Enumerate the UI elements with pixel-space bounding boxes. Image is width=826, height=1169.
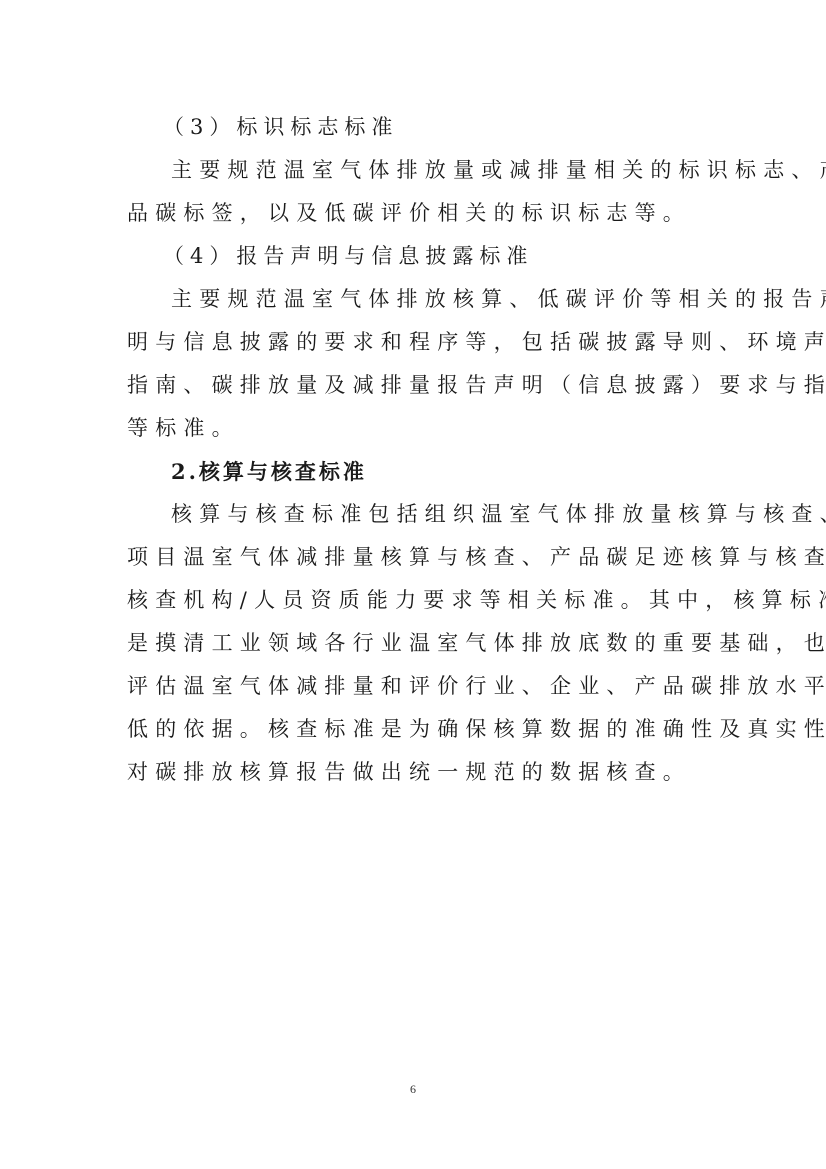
paragraph-line: 指南、碳排放量及减排量报告声明（信息披露）要求与指南 (127, 364, 699, 407)
heading-accounting-verification-standards: 2.核算与核查标准 (127, 450, 699, 493)
paragraph-line: 低的依据。核查标准是为确保核算数据的准确性及真实性， (127, 708, 699, 751)
page-number: 6 (0, 1082, 826, 1097)
paragraph-line: 明与信息披露的要求和程序等，包括碳披露导则、环境声明 (127, 321, 699, 364)
paragraph-line: 核查机构/人员资质能力要求等相关标准。其中，核算标准 (127, 579, 699, 622)
subheading-report-disclosure-standards: （4）报告声明与信息披露标准 (127, 235, 699, 278)
paragraph-line: 评估温室气体减排量和评价行业、企业、产品碳排放水平高 (127, 665, 699, 708)
paragraph-line: 主要规范温室气体排放核算、低碳评价等相关的报告声 (127, 278, 699, 321)
paragraph-line: 品碳标签，以及低碳评价相关的标识标志等。 (127, 192, 699, 235)
paragraph-line: 主要规范温室气体排放量或减排量相关的标识标志、产 (127, 149, 699, 192)
subheading-identification-standards: （3）标识标志标准 (127, 106, 699, 149)
document-page: （3）标识标志标准 主要规范温室气体排放量或减排量相关的标识标志、产 品碳标签，… (127, 106, 699, 794)
paragraph-line: 项目温室气体减排量核算与核查、产品碳足迹核算与核查、 (127, 536, 699, 579)
paragraph-line: 等标准。 (127, 407, 699, 450)
paragraph-line: 是摸清工业领域各行业温室气体排放底数的重要基础，也是 (127, 622, 699, 665)
paragraph-line: 对碳排放核算报告做出统一规范的数据核查。 (127, 751, 699, 794)
paragraph-line: 核算与核查标准包括组织温室气体排放量核算与核查、 (127, 493, 699, 536)
